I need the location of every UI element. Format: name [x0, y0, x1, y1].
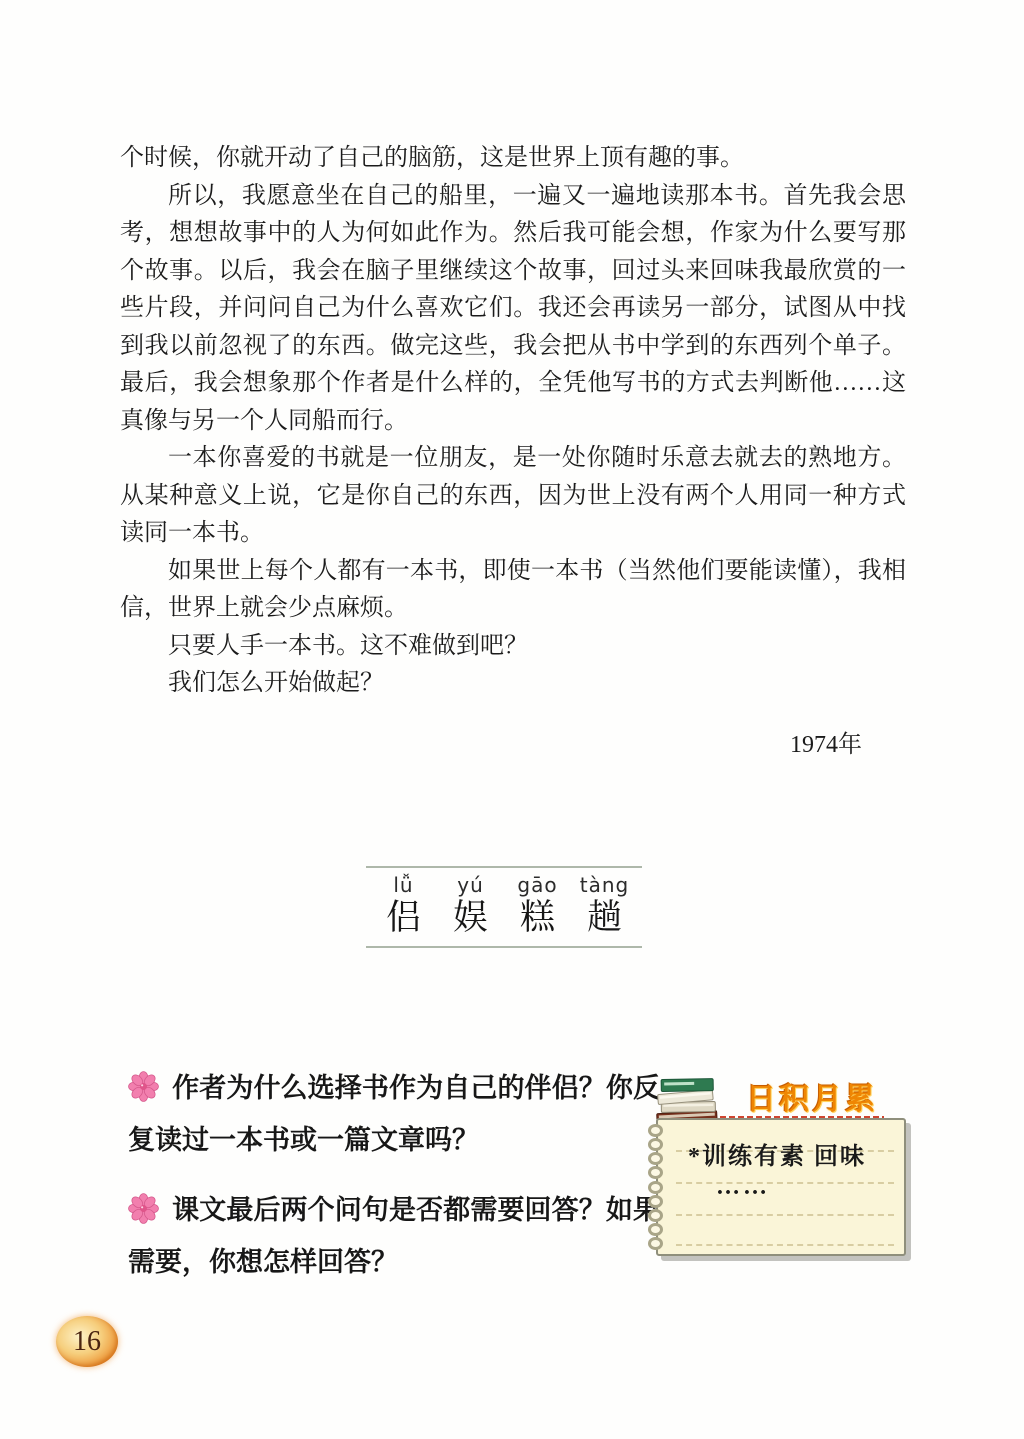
spiral-ring — [648, 1181, 663, 1194]
vocab-bottom-rule — [366, 946, 642, 948]
notepad-rule-line — [676, 1214, 894, 1216]
paragraph: 个时候，你就开动了自己的脑筋，这是世界上顶有趣的事。 — [120, 140, 906, 178]
question-text: 作者为什么选择书作为自己的伴侣？你反复读过一本书或一篇文章吗？ — [128, 1073, 660, 1155]
date-line: 1974年 — [120, 724, 906, 759]
notepad-text: …… — [716, 1174, 770, 1201]
page-number-badge: 16 — [56, 1316, 118, 1367]
vocab-pinyin: yú — [440, 873, 502, 897]
question-item: 作者为什么选择书作为自己的伴侣？你反复读过一本书或一篇文章吗？ — [128, 1062, 660, 1166]
spiral-ring — [648, 1138, 663, 1151]
vocab-item: gāo 糕 — [507, 873, 569, 939]
paragraph: 我们怎么开始做起？ — [120, 665, 906, 703]
questions-section: 作者为什么选择书作为自己的伴侣？你反复读过一本书或一篇文章吗？ — [128, 1062, 660, 1306]
notepad-text: *训练有素 回味 — [688, 1136, 866, 1171]
accumulation-badge: 日积月累 — [714, 1074, 910, 1116]
vocab-character: 糕 — [507, 897, 569, 939]
vocab-character: 趟 — [574, 897, 636, 939]
spiral-ring — [648, 1209, 663, 1222]
paragraph: 所以，我愿意坐在自己的船里，一遍又一遍地读那本书。首先我会思考，想想故事中的人为… — [120, 178, 906, 441]
paragraph: 如果世上每个人都有一本书，即使一本书（当然他们要能读懂），我相信，世界上就会少点… — [120, 553, 906, 628]
vocab-item: tàng 趟 — [574, 873, 636, 939]
spiral-ring — [648, 1124, 663, 1137]
notepad-rule-line — [676, 1182, 894, 1184]
paragraph: 一本你喜爱的书就是一位朋友，是一处你随时乐意去就去的熟地方。从某种意义上说，它是… — [120, 440, 906, 553]
accumulation-badge-title: 日积月累 — [746, 1083, 878, 1116]
accumulation-box: 日积月累 *训练有素 回味 …… — [650, 1066, 920, 1266]
question-item: 课文最后两个问句是否都需要回答？如果需要，你想怎样回答？ — [128, 1184, 660, 1288]
vocab-pinyin: gāo — [507, 873, 569, 897]
vocab-row: lǚ 侣 yú 娱 gāo 糕 tàng 趟 — [366, 868, 642, 946]
spiral-ring — [648, 1237, 663, 1250]
vocab-item: yú 娱 — [440, 873, 502, 939]
notepad: *训练有素 回味 …… — [656, 1118, 906, 1256]
paragraph: 只要人手一本书。这不难做到吧？ — [120, 628, 906, 666]
question-text: 课文最后两个问句是否都需要回答？如果需要，你想怎样回答？ — [128, 1195, 660, 1277]
spiral-ring — [648, 1223, 663, 1236]
flower-icon — [128, 1067, 159, 1098]
spiral-ring — [648, 1166, 663, 1179]
spiral-ring — [648, 1152, 663, 1165]
page-number: 16 — [73, 1326, 101, 1358]
flower-icon — [128, 1189, 159, 1220]
vocab-character: 娱 — [440, 897, 502, 939]
vocab-strip: lǚ 侣 yú 娱 gāo 糕 tàng 趟 — [366, 866, 642, 948]
vocab-character: 侣 — [373, 897, 435, 939]
spiral-binding — [648, 1124, 663, 1250]
notepad-rule-line — [676, 1244, 894, 1246]
vocab-pinyin: tàng — [574, 873, 636, 897]
spiral-ring — [648, 1195, 663, 1208]
article-text: 个时候，你就开动了自己的脑筋，这是世界上顶有趣的事。 所以，我愿意坐在自己的船里… — [120, 140, 906, 703]
vocab-pinyin: lǚ — [373, 873, 435, 897]
textbook-page: 个时候，你就开动了自己的脑筋，这是世界上顶有趣的事。 所以，我愿意坐在自己的船里… — [0, 0, 1024, 1439]
vocab-item: lǚ 侣 — [373, 873, 435, 939]
